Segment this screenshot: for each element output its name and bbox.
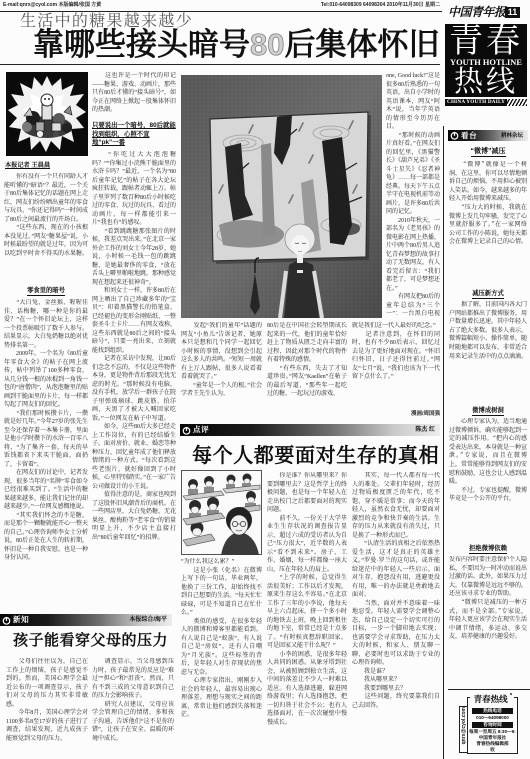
- sidebar-subhead-2-text: 微博成树洞: [472, 407, 503, 416]
- paper-name-logo: 中国青年报: [448, 5, 506, 19]
- science-section-bar: 新知 本报综合/海平: [0, 614, 172, 626]
- stripes-decoration: [507, 99, 527, 106]
- sidebar-body-3: 心理专家认为，适当地通过微博倾诉，确实能够起到一定的减压作用。“把内心的感受表达…: [449, 418, 527, 543]
- lead-subhead-text: 零食里的暗号: [27, 287, 65, 296]
- science-section-label: 新知: [13, 614, 29, 626]
- section-icon: [182, 426, 191, 435]
- sidebar-divider: [443, 126, 444, 759]
- science-headline: 孩子能看穿父母的压力: [13, 631, 168, 651]
- lead-col1-text-a: 你有没有一个只有同龄人才能听懂的“暗语”？最近，一个关于80后集体记忆的话题在网…: [4, 173, 88, 283]
- sidebar-body-4: 发布内容时要注意保护个人隐私，不要因为一时冲动而说出过激的话。此外，如果压力过大…: [449, 556, 527, 684]
- hotline-box: 热线电话 010—64098000 咨询时间 每周一至周五 8:30—9:30 …: [467, 697, 518, 754]
- lead-col2-text-a: 这也许是一个时代的印记——糖果、游戏、动画片，那些只有80后才懂的“接头暗号”，…: [92, 72, 176, 120]
- lead-subhead: 零食里的暗号: [4, 286, 88, 296]
- lead-col3-text: 发起“我们的童年”话题的网友“小鱼儿”告诉记者，她原本只是想和几个同学一起回忆小…: [181, 322, 262, 418]
- hotline-phone-label: 热线电话: [472, 708, 513, 714]
- lead-col1-text-b: “大白兔、金丝猴、喔喔佳佳、话梅糖，哪一种是你的最爱？”在一个怀旧论坛上，这样一…: [4, 299, 88, 605]
- section-masthead: 青春 YOUTH HOTLINE 热线: [445, 24, 527, 97]
- hotline-address-3: 收: [469, 747, 516, 753]
- sidebar-body-2: 据了解，目前国内各大门户网站都推出了微博服务，用户数量增长迅速，其中年轻人占了绝…: [449, 301, 527, 405]
- header-left-info: E-mail:qnrx@cyol.com 本版编辑/张国 方黄: [3, 2, 101, 9]
- masthead-title-bottom: 热线: [445, 68, 527, 97]
- headline-number: 80: [250, 27, 284, 62]
- masthead-strip-text: CHINA YOUTH DAILY: [445, 99, 507, 106]
- registered-mark: °: [510, 692, 513, 700]
- sidebar-subhead-3-text: 拒绝微博依赖: [469, 545, 507, 554]
- commentary-col2-text: 你是谁？你从哪里来？你要到哪里去？这是哲学上的终极问题，也是每一个年轻人在走出校…: [267, 472, 347, 755]
- science-col1-text: 父母们往往以为，自己在工作上的烦恼，孩子是感觉不到的。然而，美国心理学会最近公布…: [6, 658, 88, 755]
- commentary-section-bar: 点评 陈杰 红: [180, 424, 440, 436]
- lead-col5-text-bottom: 就是我们这一代人最好的纪念。” 记者注意到，在怀旧的同时，也有不少80后表示，回…: [352, 322, 440, 410]
- commentary-cartoon: [181, 470, 262, 555]
- sidebar-body-1: “微博”就像是一个树洞，在这里，你可以尽情地倾诉自己的烦恼，不用担心被别人笑话。…: [449, 161, 527, 288]
- hotline-side-text: qnrx@cyol.com: [461, 707, 467, 744]
- header-date-info: Tel:010-64098309 64098304 2010年11月30日 星期…: [290, 2, 440, 9]
- headline-rule: [0, 64, 440, 65]
- science-col2-text: 调查显示，当父母感到压力时，孩子最常见的反应是“难过”“担心”和“沮丧”。然而，…: [92, 658, 174, 755]
- headline-part2: 后集体怀旧: [284, 27, 439, 62]
- sidebar-headline-text: “微博”减压: [471, 148, 506, 157]
- sidebar-subhead-1-text: 减压新方式: [472, 290, 503, 299]
- hotline-phone: 010—64098000: [469, 715, 516, 721]
- hotline-title: 青春热线°: [462, 691, 522, 704]
- commentary-col3-text: 其实，每一代人都有每一代人的难处。父辈们年轻时，经历过物质极度匮乏的年代，吃不饱…: [352, 472, 440, 755]
- section-icon: [2, 616, 11, 625]
- headline-part1: 靠哪些接头暗号: [33, 27, 250, 62]
- sidebar-section-bar: 看台 耕林杂坛: [448, 130, 528, 141]
- hotline-rule: [448, 689, 530, 690]
- candy-pile-image: [6, 72, 88, 156]
- science-editor: 本报综合/海平: [129, 614, 167, 626]
- lead-col4-text: 80后是在中国社会转型期成长起来的一代，他们的童年恰好赶上了物质从匮乏走向丰富的…: [267, 322, 347, 418]
- masthead-strip: CHINA YOUTH DAILY: [445, 99, 527, 106]
- candy-toys-illustration: [6, 72, 88, 156]
- sidebar-headline: “微博”减压: [448, 147, 528, 158]
- sidebar-section-label: 看台: [461, 130, 477, 142]
- commentary-headline: 每个人都要面对生存的真相: [192, 444, 439, 468]
- page-number: 11: [505, 7, 520, 18]
- lead-byline: 本报记者 王晨晨: [5, 162, 50, 170]
- hotline-side-strip: qnrx@cyol.com: [459, 706, 467, 753]
- lead-col5-text-top: one, Good luck!”这是很多80后熟悉的一句英语，出自小学时的英语课…: [386, 72, 440, 318]
- girl-rain-painting-image: [181, 75, 382, 318]
- masthead-title-top: 青春: [445, 24, 527, 59]
- illustration-credit: 漫画/周国强: [352, 410, 440, 418]
- section-icon: [450, 131, 459, 140]
- lead-col2-text-b: “你吃过大大泡泡糖吗？”“你集过小浣熊干脆面里的水浒卡吗？”最近，一个名为“80…: [92, 151, 176, 605]
- commentary-section-label: 点评: [193, 424, 209, 436]
- sidebar-subhead-3: 拒绝微博依赖: [449, 544, 527, 554]
- newspaper-page: E-mail:qnrx@cyol.com 本版编辑/张国 方黄 Tel:010-…: [0, 0, 530, 759]
- lead-pull-quote: 只要说出一个暗号，80后就能找到组织，心照不宣地“pk”一番: [92, 122, 176, 149]
- hotline-title-text: 青春热线: [472, 694, 510, 704]
- hotline-time-label: 咨询时间: [472, 722, 513, 728]
- commentary-author: 陈杰 红: [415, 424, 435, 436]
- lead-headline: 靠哪些接头暗号80后集体怀旧: [33, 27, 439, 62]
- commentary-col1-text: “为什么我这么累？” 这是小张（化名）在微博上写下的一句话。毕业两年，他换了三份…: [181, 558, 262, 755]
- main-illustration: [181, 75, 382, 318]
- sidebar-subhead-1: 减压新方式: [449, 289, 527, 299]
- classroom-cartoon-image: [181, 470, 262, 555]
- sidebar-editor: 耕林杂坛: [501, 130, 523, 142]
- sidebar-subhead-2: 微博成树洞: [449, 406, 527, 416]
